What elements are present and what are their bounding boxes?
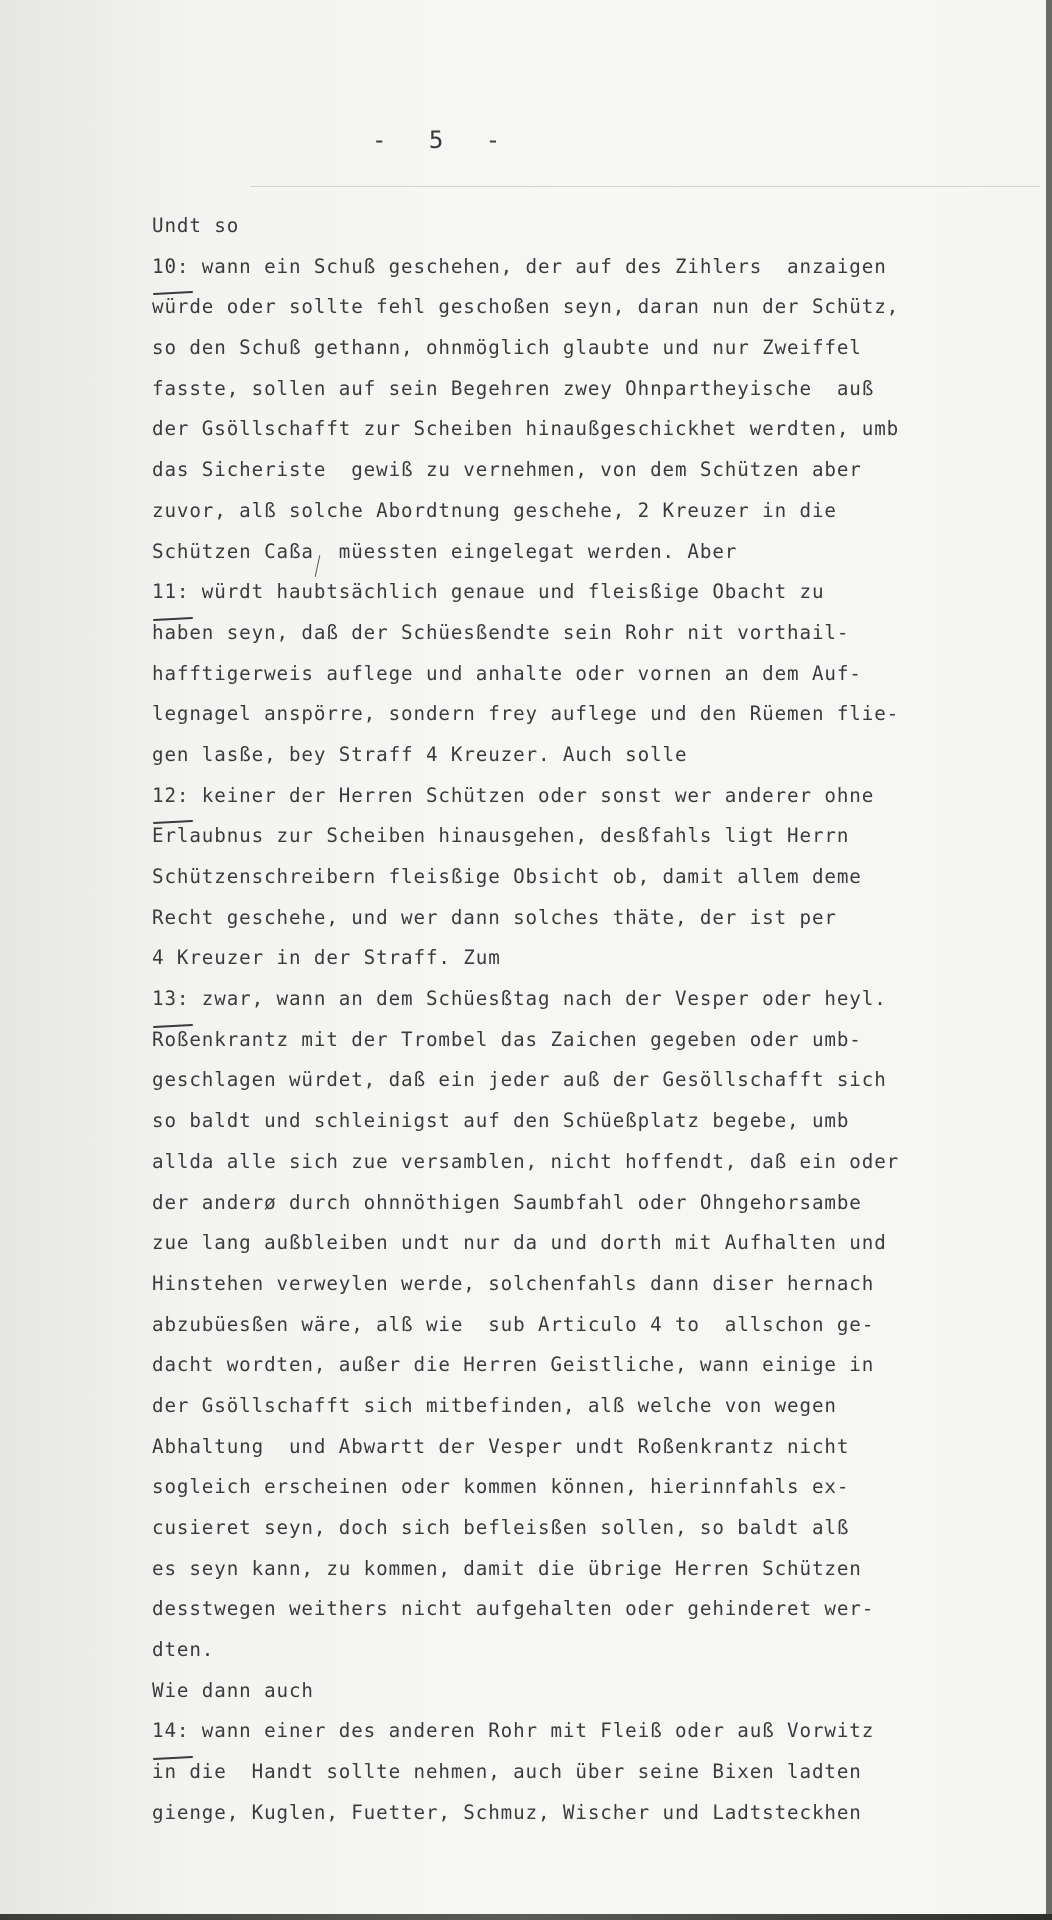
document-body-text: Undt so10: wann ein Schuß geschehen, der… [152, 206, 1032, 1834]
line-text: hafftigerweis auflege und anhalte oder v… [152, 662, 862, 685]
text-line: allda alle sich zue versamblen, nicht ho… [152, 1142, 1032, 1183]
text-line: Recht geschehe, und wer dann solches thä… [152, 898, 1032, 939]
line-text: Hinstehen verweylen werde, solchenfahls … [152, 1272, 874, 1295]
text-line: sogleich erscheinen oder kommen können, … [152, 1467, 1032, 1508]
text-line: Schützen Caßa müessten eingelegat werden… [152, 532, 1032, 573]
line-text: gen lasße, bey Straff 4 Kreuzer. Auch so… [152, 743, 687, 766]
line-text: desstwegen weithers nicht aufgehalten od… [152, 1597, 874, 1620]
text-line: Abhaltung und Abwartt der Vesper undt Ro… [152, 1427, 1032, 1468]
text-line: 4 Kreuzer in der Straff. Zum [152, 938, 1032, 979]
text-line: hafftigerweis auflege und anhalte oder v… [152, 654, 1032, 695]
text-line: Undt so [152, 206, 1032, 247]
text-line: Wie dann auch [152, 1671, 1032, 1712]
line-text: Wie dann auch [152, 1679, 314, 1702]
page-number: - 5 - [372, 126, 514, 154]
line-text: der Gsöllschafft sich mitbefinden, alß w… [152, 1394, 837, 1417]
article-line: 13: zwar, wann an dem Schüesßtag nach de… [152, 979, 1032, 1020]
line-text: Undt so [152, 214, 239, 237]
text-line: gen lasße, bey Straff 4 Kreuzer. Auch so… [152, 735, 1032, 776]
line-text: in die Handt sollte nehmen, auch über se… [152, 1760, 862, 1783]
article-line: 10: wann ein Schuß geschehen, der auf de… [152, 247, 1032, 288]
article-number: 10: [152, 247, 189, 288]
text-line: so baldt und schleinigst auf den Schüeßp… [152, 1101, 1032, 1142]
text-line: der anderø durch ohnnöthigen Saumbfahl o… [152, 1183, 1032, 1224]
line-text: Schützenschreibern fleisßige Obsicht ob,… [152, 865, 862, 888]
line-text: sogleich erscheinen oder kommen können, … [152, 1475, 849, 1498]
text-line: der Gsöllschafft sich mitbefinden, alß w… [152, 1386, 1032, 1427]
text-line: Hinstehen verweylen werde, solchenfahls … [152, 1264, 1032, 1305]
line-text: dten. [152, 1638, 214, 1661]
line-text: so den Schuß gethann, ohnmöglich glaubte… [152, 336, 862, 359]
article-number: 13: [152, 979, 189, 1020]
document-page: - 5 - Undt so10: wann ein Schuß geschehe… [0, 0, 1046, 1914]
text-line: so den Schuß gethann, ohnmöglich glaubte… [152, 328, 1032, 369]
text-line: das Sicheriste gewiß zu vernehmen, von d… [152, 450, 1032, 491]
scan-artifact-line [250, 186, 1040, 187]
text-line: dacht wordten, außer die Herren Geistlic… [152, 1345, 1032, 1386]
text-line: abzubüesßen wäre, alß wie sub Articulo 4… [152, 1305, 1032, 1346]
article-line: 11: würdt haubtsächlich genaue und fleis… [152, 572, 1032, 613]
text-line: dten. [152, 1630, 1032, 1671]
line-text: Abhaltung und Abwartt der Vesper undt Ro… [152, 1435, 849, 1458]
line-text: würdt haubtsächlich genaue und fleisßige… [189, 580, 824, 603]
article-line: 14: wann einer des anderen Rohr mit Flei… [152, 1711, 1032, 1752]
text-line: Schützenschreibern fleisßige Obsicht ob,… [152, 857, 1032, 898]
text-line: cusieret seyn, doch sich befleisßen soll… [152, 1508, 1032, 1549]
text-line: der Gsöllschafft zur Scheiben hinaußgesc… [152, 409, 1032, 450]
line-text: es seyn kann, zu kommen, damit die übrig… [152, 1557, 862, 1580]
scan-edge-bottom [0, 1914, 1052, 1920]
text-line: gienge, Kuglen, Fuetter, Schmuz, Wischer… [152, 1793, 1032, 1834]
line-text: abzubüesßen wäre, alß wie sub Articulo 4… [152, 1313, 874, 1336]
text-line: fasste, sollen auf sein Begehren zwey Oh… [152, 369, 1032, 410]
line-text: der anderø durch ohnnöthigen Saumbfahl o… [152, 1191, 862, 1214]
text-line: zue lang außbleiben undt nur da und dort… [152, 1223, 1032, 1264]
line-text: wann ein Schuß geschehen, der auf des Zi… [189, 255, 886, 278]
line-text: haben seyn, daß der Schüesßendte sein Ro… [152, 621, 849, 644]
line-text: das Sicheriste gewiß zu vernehmen, von d… [152, 458, 862, 481]
line-text: der Gsöllschafft zur Scheiben hinaußgesc… [152, 417, 899, 440]
text-line: es seyn kann, zu kommen, damit die übrig… [152, 1549, 1032, 1590]
text-line: geschlagen würdet, daß ein jeder auß der… [152, 1060, 1032, 1101]
text-line: legnagel anspörre, sondern frey auflege … [152, 694, 1032, 735]
line-text: zuvor, alß solche Abordtnung geschehe, 2… [152, 499, 837, 522]
line-text: Schützen Caßa müessten eingelegat werden… [152, 540, 737, 563]
article-number: 12: [152, 776, 189, 817]
text-line: Roßenkrantz mit der Trombel das Zaichen … [152, 1020, 1032, 1061]
text-line: in die Handt sollte nehmen, auch über se… [152, 1752, 1032, 1793]
line-text: zue lang außbleiben undt nur da und dort… [152, 1231, 887, 1254]
line-text: so baldt und schleinigst auf den Schüeßp… [152, 1109, 849, 1132]
line-text: würde oder sollte fehl geschoßen seyn, d… [152, 295, 899, 318]
line-text: gienge, Kuglen, Fuetter, Schmuz, Wischer… [152, 1801, 862, 1824]
line-text: cusieret seyn, doch sich befleisßen soll… [152, 1516, 849, 1539]
line-text: 4 Kreuzer in der Straff. Zum [152, 946, 501, 969]
line-text: Roßenkrantz mit der Trombel das Zaichen … [152, 1028, 862, 1051]
line-text: dacht wordten, außer die Herren Geistlic… [152, 1353, 874, 1376]
text-line: würde oder sollte fehl geschoßen seyn, d… [152, 287, 1032, 328]
article-number: 14: [152, 1711, 189, 1752]
text-line: zuvor, alß solche Abordtnung geschehe, 2… [152, 491, 1032, 532]
text-line: Erlaubnus zur Scheiben hinausgehen, desß… [152, 816, 1032, 857]
line-text: legnagel anspörre, sondern frey auflege … [152, 702, 899, 725]
text-line: desstwegen weithers nicht aufgehalten od… [152, 1589, 1032, 1630]
line-text: wann einer des anderen Rohr mit Fleiß od… [189, 1719, 874, 1742]
line-text: Erlaubnus zur Scheiben hinausgehen, desß… [152, 824, 849, 847]
article-number: 11: [152, 572, 189, 613]
line-text: keiner der Herren Schützen oder sonst we… [189, 784, 874, 807]
line-text: fasste, sollen auf sein Begehren zwey Oh… [152, 377, 874, 400]
line-text: geschlagen würdet, daß ein jeder auß der… [152, 1068, 887, 1091]
scan-edge-right [1046, 0, 1052, 1920]
text-line: haben seyn, daß der Schüesßendte sein Ro… [152, 613, 1032, 654]
line-text: allda alle sich zue versamblen, nicht ho… [152, 1150, 899, 1173]
line-text: Recht geschehe, und wer dann solches thä… [152, 906, 837, 929]
article-line: 12: keiner der Herren Schützen oder sons… [152, 776, 1032, 817]
line-text: zwar, wann an dem Schüesßtag nach der Ve… [189, 987, 886, 1010]
